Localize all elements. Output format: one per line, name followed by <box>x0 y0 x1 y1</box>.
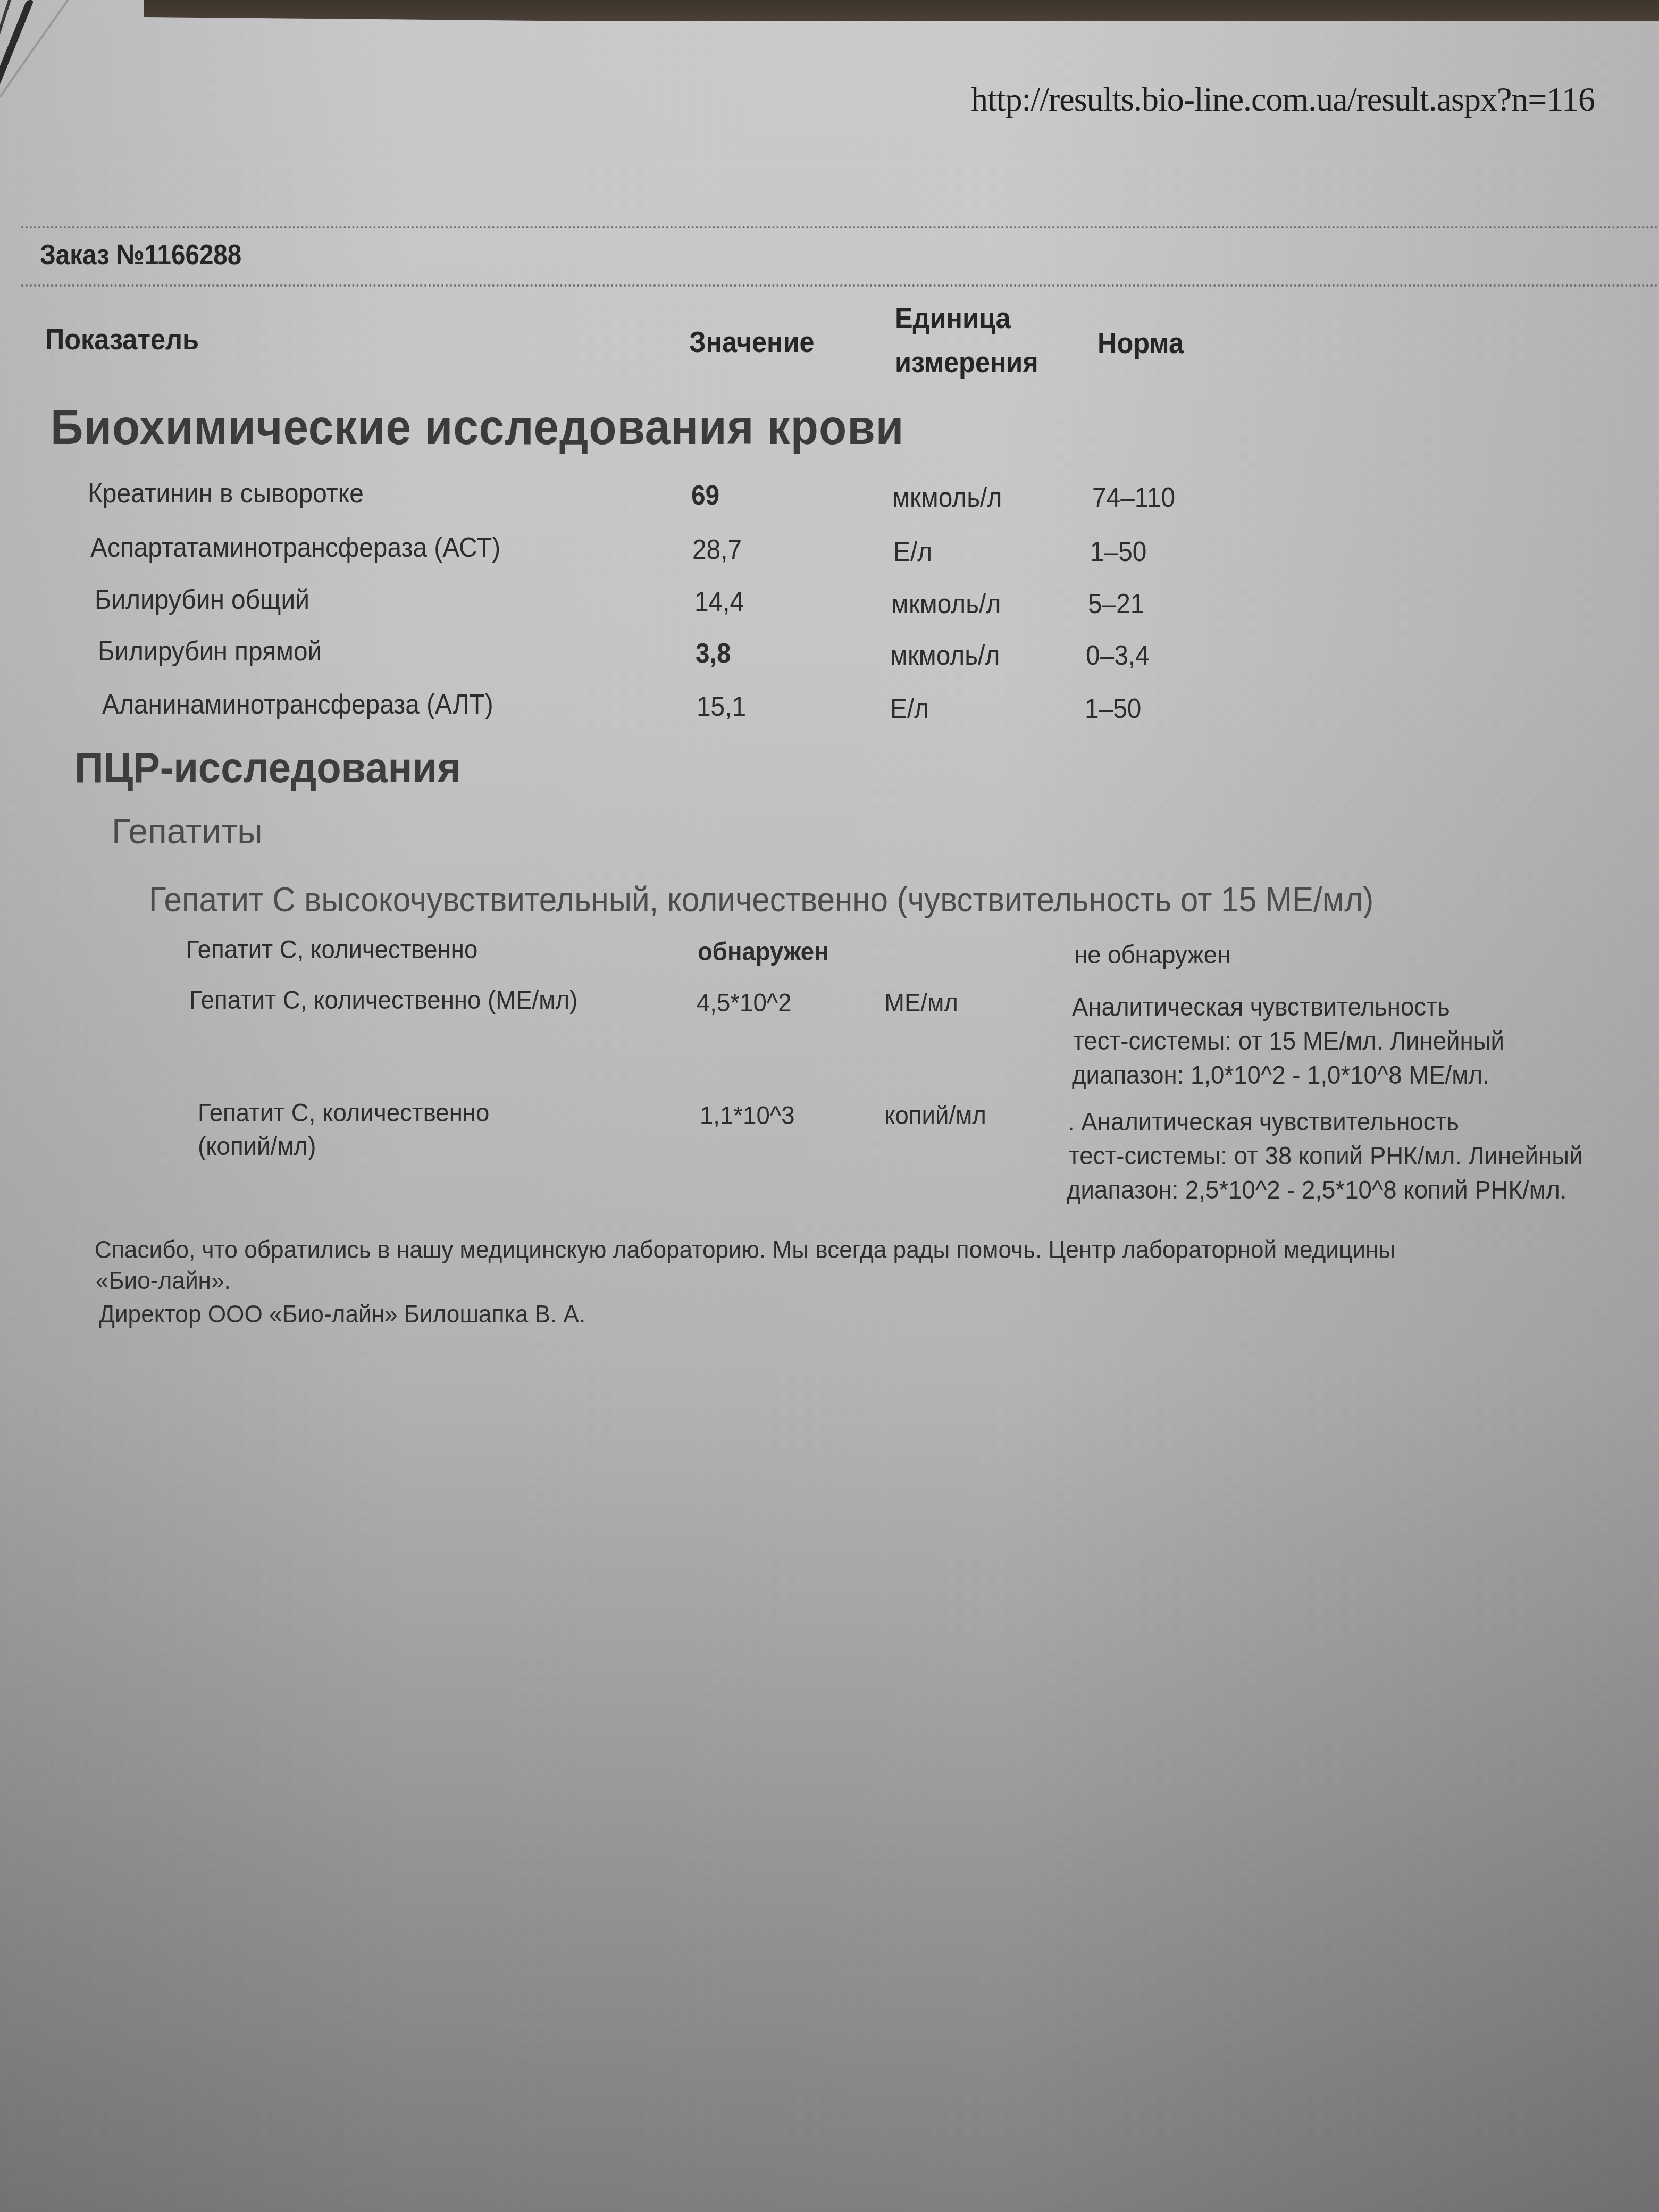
pcr-row-norm-line: Аналитическая чувствительность <box>1072 992 1450 1022</box>
pcr-row-norm-line: тест-системы: от 38 копий РНК/мл. Линейн… <box>1069 1141 1582 1171</box>
test-name: Билирубин общий <box>95 584 309 616</box>
test-norm: 0–3,4 <box>1086 640 1150 672</box>
pcr-row-norm: не обнаружен <box>1074 940 1230 970</box>
pcr-row-norm-line: тест-системы: от 15 МЕ/мл. Линейный <box>1073 1026 1504 1056</box>
section-title-pcr: ПЦР-исследования <box>74 743 461 792</box>
divider <box>21 284 1659 287</box>
pcr-row-name: Гепатит С, количественно <box>186 935 477 965</box>
footer-lab-name: «Био-лайн». <box>96 1266 231 1295</box>
test-name: Аланинаминотрансфераза (АЛТ) <box>102 689 493 720</box>
test-norm: 5–21 <box>1088 588 1144 620</box>
test-unit: Е/л <box>893 536 932 568</box>
pcr-row-value: 4,5*10^2 <box>697 988 792 1018</box>
column-header-norm: Норма <box>1097 325 1184 360</box>
test-name: Аспартатаминотрансфераза (АСТ) <box>90 532 500 564</box>
test-name: Креатинин в сыворотке <box>88 477 364 509</box>
pcr-row-unit: копий/мл <box>884 1101 986 1130</box>
page-url: http://results.bio-line.com.ua/result.as… <box>971 80 1595 119</box>
table-surface <box>144 0 1659 21</box>
test-norm: 1–50 <box>1090 536 1146 568</box>
test-value: 15,1 <box>697 691 746 723</box>
test-unit: мкмоль/л <box>890 640 1000 672</box>
pcr-row-name: (копий/мл) <box>198 1132 316 1161</box>
test-norm: 74–110 <box>1092 482 1175 514</box>
group-title-hepatitis: Гепатиты <box>112 811 263 851</box>
pcr-row-name: Гепатит С, количественно (МЕ/мл) <box>189 985 577 1015</box>
test-value: 3,8 <box>696 638 731 669</box>
test-norm: 1–50 <box>1085 693 1141 725</box>
column-header-unit-line2: измерения <box>895 345 1038 379</box>
test-unit: мкмоль/л <box>891 588 1001 620</box>
pcr-row-value: 1,1*10^3 <box>700 1101 795 1130</box>
order-number: Заказ №1166288 <box>40 238 241 271</box>
footer-thanks: Спасибо, что обратились в нашу медицинск… <box>95 1235 1395 1264</box>
pcr-row-name: Гепатит С, количественно <box>198 1098 489 1128</box>
pcr-row-unit: МЕ/мл <box>884 988 958 1018</box>
footer-director: Директор ООО «Био-лайн» Билошапка В. А. <box>99 1299 585 1328</box>
column-header-indicator: Показатель <box>45 322 199 356</box>
test-title-hepatitis-c: Гепатит С высокочувствительный, количест… <box>149 880 1373 919</box>
test-value: 69 <box>691 480 719 512</box>
test-name: Билирубин прямой <box>98 635 322 667</box>
test-unit: Е/л <box>890 693 929 725</box>
test-value: 28,7 <box>692 534 742 566</box>
pcr-row-value: обнаружен <box>698 937 829 967</box>
column-header-value: Значение <box>689 324 815 359</box>
pcr-row-norm-line: диапазон: 2,5*10^2 - 2,5*10^8 копий РНК/… <box>1067 1175 1566 1205</box>
pcr-row-norm-line: . Аналитическая чувствительность <box>1068 1107 1459 1137</box>
paper-fold-edge <box>0 0 34 160</box>
divider <box>21 226 1659 228</box>
pcr-row-norm-line: диапазон: 1,0*10^2 - 1,0*10^8 МЕ/мл. <box>1072 1060 1489 1090</box>
test-value: 14,4 <box>694 586 744 618</box>
test-unit: мкмоль/л <box>892 482 1002 514</box>
column-header-unit-line1: Единица <box>895 300 1011 335</box>
section-title-biochemistry: Биохимические исследования крови <box>51 400 904 456</box>
